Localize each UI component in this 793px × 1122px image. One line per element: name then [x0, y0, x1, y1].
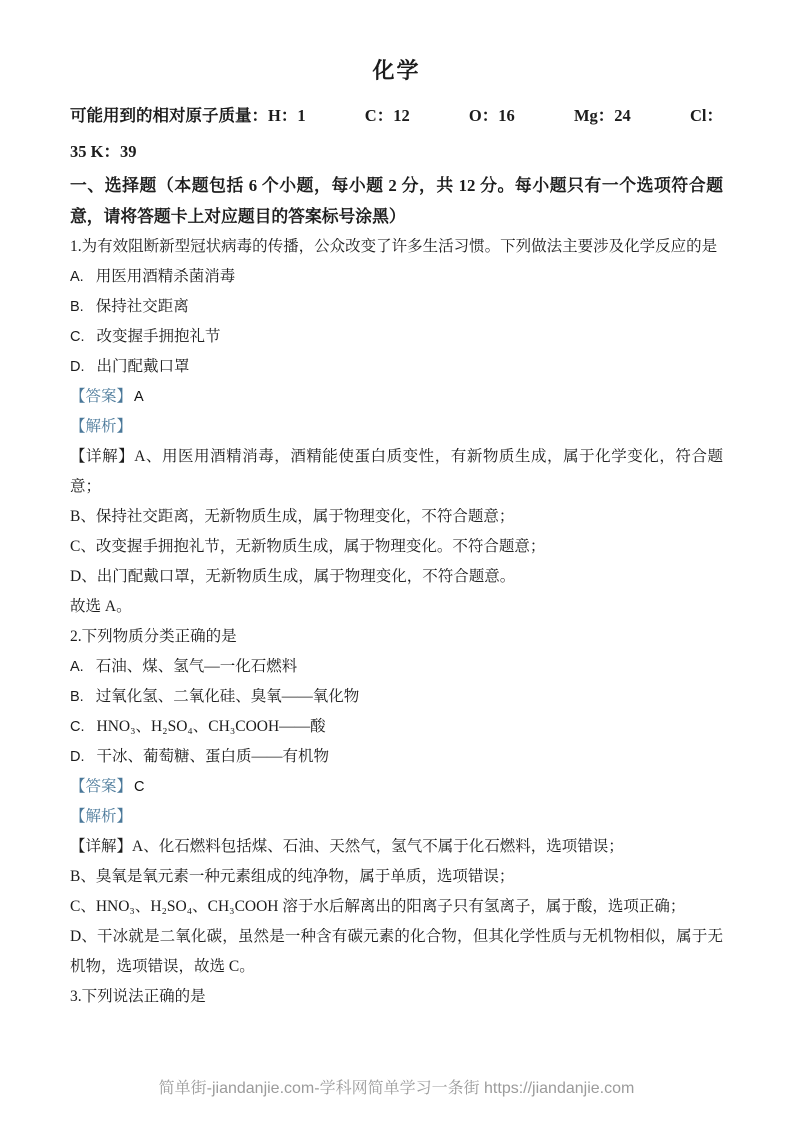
- analysis-label: 【解析】: [70, 418, 132, 435]
- answer-value: A: [134, 389, 144, 405]
- answer-value: C: [134, 779, 144, 795]
- atomic-mass-item: O：16: [469, 98, 515, 134]
- option-letter: B.: [70, 292, 84, 322]
- option-text: 过氧化氢、二氧化硅、臭氧——氧化物: [96, 682, 723, 712]
- atomic-mass-item: Cl：: [690, 98, 723, 134]
- question-1-analysis-line: 【解析】: [70, 412, 723, 442]
- question-1-answer-line: 【答案】A: [70, 382, 723, 412]
- answer-label: 【答案】: [70, 778, 132, 795]
- atomic-masses-line2: 35 K：39: [70, 134, 723, 170]
- atomic-mass-item: C：12: [365, 98, 410, 134]
- detail-text: A、用医用酒精消毒，酒精能使蛋白质变性，有新物质生成，属于化学变化，符合题意；: [70, 448, 723, 495]
- option-text: 保持社交距离: [96, 292, 723, 322]
- option-letter: C.: [70, 322, 85, 352]
- question-1-option-a: A. 用医用酒精杀菌消毒: [70, 262, 723, 292]
- question-2-analysis-line: 【解析】: [70, 802, 723, 832]
- question-2-option-a: A. 石油、煤、氢气—一化石燃料: [70, 652, 723, 682]
- question-1-option-d: D. 出门配戴口罩: [70, 352, 723, 382]
- option-letter: B.: [70, 682, 84, 712]
- question-2-detail-c: C、HNO₃、H₂SO₄、CH₃COOH 溶于水后解离出的阳离子只有氢离子，属于…: [70, 892, 723, 922]
- question-1-option-c: C. 改变握手拥抱礼节: [70, 322, 723, 352]
- option-text: 出门配戴口罩: [97, 352, 724, 382]
- question-1-detail-b: B、保持社交距离，无新物质生成，属于物理变化，不符合题意；: [70, 502, 723, 532]
- atomic-masses-line1: 可能用到的相对原子质量：H：1 C：12 O：16 Mg：24 Cl：: [70, 98, 723, 134]
- option-letter: D.: [70, 742, 85, 772]
- question-2-option-b: B. 过氧化氢、二氧化硅、臭氧——氧化物: [70, 682, 723, 712]
- detail-text: A、化石燃料包括煤、石油、天然气，氢气不属于化石燃料，选项错误；: [132, 838, 624, 855]
- option-letter: D.: [70, 352, 85, 382]
- footer-watermark: 简单街-jiandanjie.com-学科网简单学习一条街 https://ji…: [0, 1075, 793, 1098]
- atomic-mass-item: Mg：24: [574, 98, 631, 134]
- question-2-option-c: C. HNO₃、H₂SO₄、CH₃COOH——酸: [70, 712, 723, 742]
- question-2-detail-d: D、干冰就是二氧化碳，虽然是一种含有碳元素的化合物，但其化学性质与无机物相似，属…: [70, 922, 723, 982]
- question-1-stem: 1.为有效阻断新型冠状病毒的传播，公众改变了许多生活习惯。下列做法主要涉及化学反…: [70, 232, 723, 262]
- analysis-label: 【解析】: [70, 808, 132, 825]
- section-heading: 一、选择题（本题包括 6 个小题，每小题 2 分，共 12 分。每小题只有一个选…: [70, 170, 723, 232]
- question-2-option-d: D. 干冰、葡萄糖、蛋白质——有机物: [70, 742, 723, 772]
- question-1-option-b: B. 保持社交距离: [70, 292, 723, 322]
- question-2-detail-b: B、臭氧是氧元素一种元素组成的纯净物，属于单质，选项错误；: [70, 862, 723, 892]
- exam-document-page: 化学 可能用到的相对原子质量：H：1 C：12 O：16 Mg：24 Cl： 3…: [0, 0, 793, 1122]
- option-letter: A.: [70, 262, 84, 292]
- option-text: 石油、煤、氢气—一化石燃料: [96, 652, 723, 682]
- question-2-detail-a: 【详解】A、化石燃料包括煤、石油、天然气，氢气不属于化石燃料，选项错误；: [70, 832, 723, 862]
- detail-label: 【详解】: [70, 838, 132, 855]
- question-2-answer-line: 【答案】C: [70, 772, 723, 802]
- question-2-stem: 2.下列物质分类正确的是: [70, 622, 723, 652]
- question-1-detail-c: C、改变握手拥抱礼节，无新物质生成，属于物理变化。不符合题意；: [70, 532, 723, 562]
- question-1-conclusion: 故选 A。: [70, 592, 723, 622]
- question-1-detail-d: D、出门配戴口罩，无新物质生成，属于物理变化，不符合题意。: [70, 562, 723, 592]
- question-1-detail-a: 【详解】A、用医用酒精消毒，酒精能使蛋白质变性，有新物质生成，属于化学变化，符合…: [70, 442, 723, 502]
- question-3-stem: 3.下列说法正确的是: [70, 982, 723, 1012]
- option-text: HNO₃、H₂SO₄、CH₃COOH——酸: [97, 712, 724, 742]
- detail-label: 【详解】: [70, 448, 134, 465]
- answer-label: 【答案】: [70, 388, 132, 405]
- option-letter: C.: [70, 712, 85, 742]
- option-text: 改变握手拥抱礼节: [97, 322, 724, 352]
- atomic-mass-item: 可能用到的相对原子质量：H：1: [70, 98, 306, 134]
- option-text: 用医用酒精杀菌消毒: [96, 262, 723, 292]
- option-letter: A.: [70, 652, 84, 682]
- page-title: 化学: [70, 54, 723, 88]
- option-text: 干冰、葡萄糖、蛋白质——有机物: [97, 742, 724, 772]
